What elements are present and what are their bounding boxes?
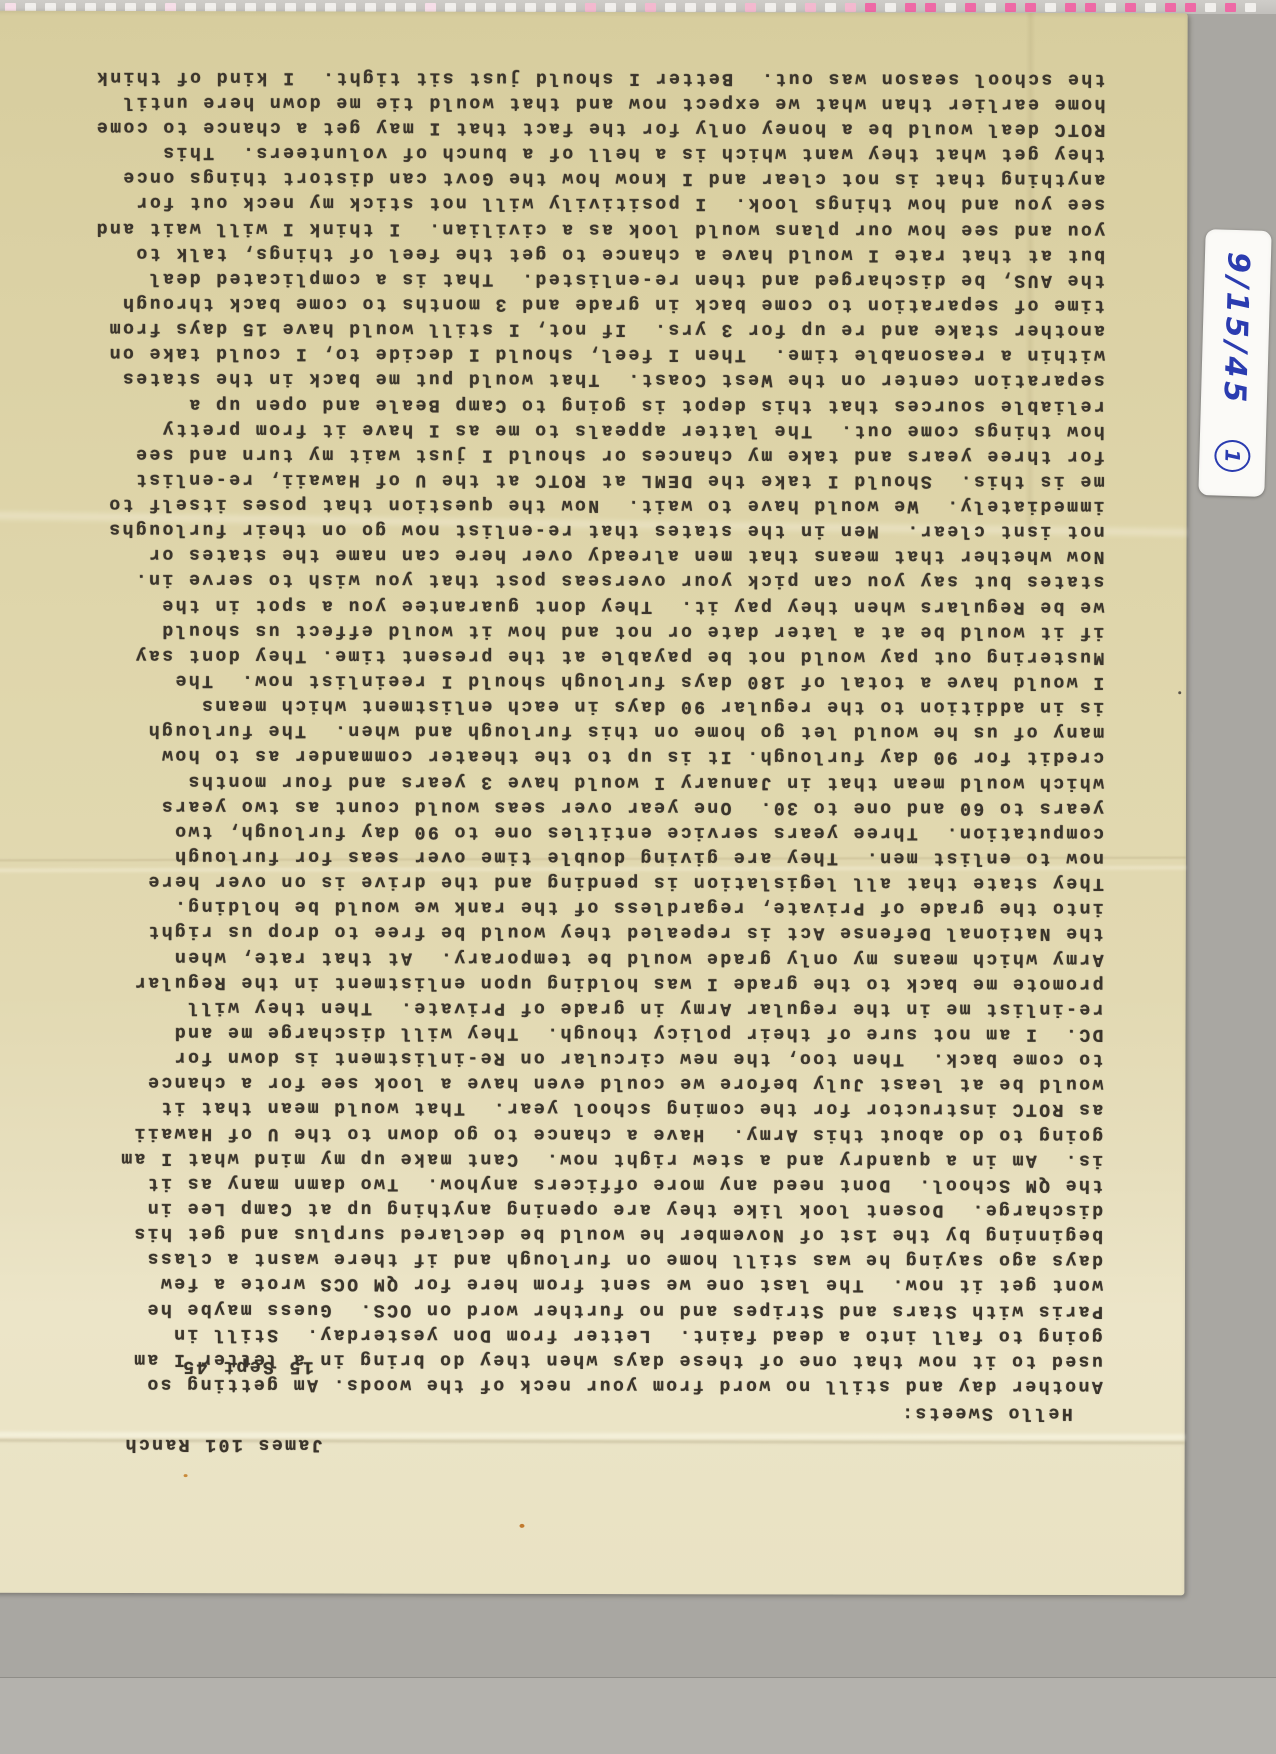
perforation-square (1145, 3, 1156, 12)
perforation-square (465, 3, 476, 12)
circled-number: 1 (1214, 439, 1251, 472)
perforation-square (825, 3, 836, 12)
perforation-square (1005, 3, 1016, 12)
letter-body: Another day and still no word from your … (92, 64, 1106, 1399)
perforation-square (485, 3, 496, 12)
letter-line: is in addition to the regular 90 days in… (93, 692, 1104, 719)
letter-line: promote me back to the grade I was holdi… (93, 969, 1104, 996)
perforation-square (505, 3, 516, 12)
letter-line: credit for 90 day furlough. It is up to … (93, 742, 1104, 769)
letter-line: discharge. Dosent look like they are ope… (92, 1195, 1103, 1222)
perforation-square (205, 3, 216, 12)
perforation-square (1205, 3, 1216, 12)
letter-line: is. Am in a quandry and a stew right now… (92, 1145, 1103, 1172)
perforation-square (745, 3, 756, 12)
letter-line: re-inlist me in the regular Army in grad… (93, 994, 1104, 1021)
perforation-square (1185, 3, 1196, 12)
letter-line: beginning by the 1st of November he woul… (92, 1220, 1103, 1247)
letter-line: years to 60 and one to 30. One year over… (93, 793, 1104, 820)
letter-line: how things come out. The latter appeals … (94, 415, 1105, 442)
letter-line: going to fall into a dead faint. Letter … (92, 1321, 1103, 1348)
letter-line: states but say you can pick your oversea… (94, 566, 1105, 593)
letter-line: within a reasonable time. Then I feel, s… (94, 340, 1105, 367)
letter-line: the QM School. Dont need any more office… (92, 1170, 1103, 1197)
letter-line: the National Defense Act is repealed the… (93, 918, 1104, 945)
letter-line: for three years and take my chances or s… (94, 441, 1105, 468)
perforation-square (1225, 3, 1236, 12)
perforation-square (185, 3, 196, 12)
perforation-square (705, 3, 716, 12)
perforation-square (585, 3, 596, 12)
letter-line: used to it now that one of these days wh… (92, 1346, 1103, 1373)
letter-line: the AUS, be discharged and then re-enlis… (94, 265, 1105, 292)
scanner-bed: James 101 Ranch 15 Sept 45 Hello Sweets:… (0, 0, 1276, 1754)
letter-line: the school season was out. Better I shou… (95, 64, 1106, 91)
letter-line: home earlier than what we expect now and… (95, 89, 1106, 116)
perforation-square (805, 3, 816, 12)
perforation-square (565, 3, 576, 12)
perforation-square (525, 3, 536, 12)
perforation-square (845, 3, 856, 12)
letter-line: but at that rate I would have a chance t… (94, 239, 1105, 266)
perforation-square (405, 3, 416, 12)
perforation-square (945, 3, 956, 12)
letter-line: wont get it now. The last one we sent fr… (92, 1270, 1103, 1297)
perforation-square (245, 3, 256, 12)
letter-line: DC. I am not sure of their policy though… (93, 1019, 1104, 1046)
letter-line: days ago saying he was still home on fur… (92, 1245, 1103, 1272)
perforation-square (365, 3, 376, 12)
letter-line: computation. Three years service entitle… (93, 818, 1104, 845)
perforation-square (1065, 3, 1076, 12)
circled-number-digit: 1 (1220, 449, 1244, 464)
perforation-square (985, 3, 996, 12)
scanner-bed-lower-strip (0, 1677, 1276, 1754)
letter-salutation: Hello Sweets: (900, 1403, 1073, 1423)
perforation-square (1025, 3, 1036, 12)
letter-line: to come back. Then too, the new circular… (93, 1044, 1104, 1071)
letter-page: James 101 Ranch 15 Sept 45 Hello Sweets:… (0, 11, 1188, 1595)
perforation-square (1125, 3, 1136, 12)
letter-line: not isnt clear. Men in the states that r… (94, 516, 1105, 543)
letter-line: many of us he would let go home on this … (93, 717, 1104, 744)
letter-line: another stake and re up for 3 yrs. If no… (94, 315, 1105, 342)
letter-line: time of separation to come back in grade… (94, 290, 1105, 317)
perforation-square (1165, 3, 1176, 12)
letter-line: They state that all legislation is pendi… (93, 868, 1104, 895)
perforation-square (965, 3, 976, 12)
perforation-square (645, 3, 656, 12)
letter-line: see you and how things look. I positivil… (94, 189, 1105, 216)
perforation-square (765, 3, 776, 12)
letter-line: ROTC deal would be a honey only for the … (94, 114, 1105, 141)
perforation-square (265, 3, 276, 12)
letter-line: Army which means my only grade would be … (93, 943, 1104, 970)
letter-line: going to do about this Army. Have a chan… (92, 1119, 1103, 1146)
perforation-square (285, 3, 296, 12)
letter-line: I would have a total of 180 days furloug… (93, 667, 1104, 694)
letter-line: Now whether that means that men already … (94, 541, 1105, 568)
letter-line: Another day and still no word from your … (92, 1371, 1103, 1398)
perforation-square (1085, 3, 1096, 12)
perforation-square (905, 3, 916, 12)
perforation-square (1245, 3, 1256, 12)
letter-line: now to enlist men. They are giving doubl… (93, 843, 1104, 870)
perforation-square (305, 3, 316, 12)
perforation-square (325, 3, 336, 12)
letter-line: separation center on the West Coast. Tha… (94, 365, 1105, 392)
perforation-square (1105, 3, 1116, 12)
perforation-square (625, 3, 636, 12)
letter-line: Paris with Stars and Stripes and no furt… (92, 1295, 1103, 1322)
letter-line: they get what they want which is a hell … (94, 139, 1105, 166)
typewritten-letter-rotated-180: James 101 Ranch 15 Sept 45 Hello Sweets:… (0, 11, 1188, 1595)
handwritten-date: 9/15/45 (1216, 252, 1255, 407)
perforation-square (605, 3, 616, 12)
perforation-square (725, 3, 736, 12)
letter-line: we be Regulars when they pay it. They do… (93, 591, 1104, 618)
perforation-square (785, 3, 796, 12)
letter-line: into the grade of Private, regardless of… (93, 893, 1104, 920)
letter-line: would be at least July before we could e… (92, 1069, 1103, 1096)
letter-line: me is this. Should I take the DEML at RO… (94, 466, 1105, 493)
letter-line: anything that is not clear and I know ho… (94, 164, 1105, 191)
letter-line: immediately. We would have to wait. Now … (94, 491, 1105, 518)
perforation-square (345, 3, 356, 12)
perforation-square (445, 3, 456, 12)
perforation-square (665, 3, 676, 12)
archival-label-sticker: 9/15/45 1 (1198, 229, 1271, 497)
perforation-square (865, 3, 876, 12)
perforation-square (685, 3, 696, 12)
letter-line: you and see how our plans would look as … (94, 214, 1105, 241)
letter-line: which would mean that in January I would… (93, 767, 1104, 794)
perforation-square (885, 3, 896, 12)
letter-heading-line: James 101 Ranch (123, 1431, 323, 1457)
perforation-square (1045, 3, 1056, 12)
perforation-square (925, 3, 936, 12)
letter-line: reliable sources that this depot is goin… (94, 390, 1105, 417)
letter-line: as ROTC instructor for the coming school… (92, 1094, 1103, 1121)
perforation-square (545, 3, 556, 12)
perforation-square (385, 3, 396, 12)
letter-line: if it would be at a later date or not an… (93, 617, 1104, 644)
perforation-square (425, 3, 436, 12)
perforation-square (225, 3, 236, 12)
letter-line: Mustering out pay would not be payable a… (93, 642, 1104, 669)
